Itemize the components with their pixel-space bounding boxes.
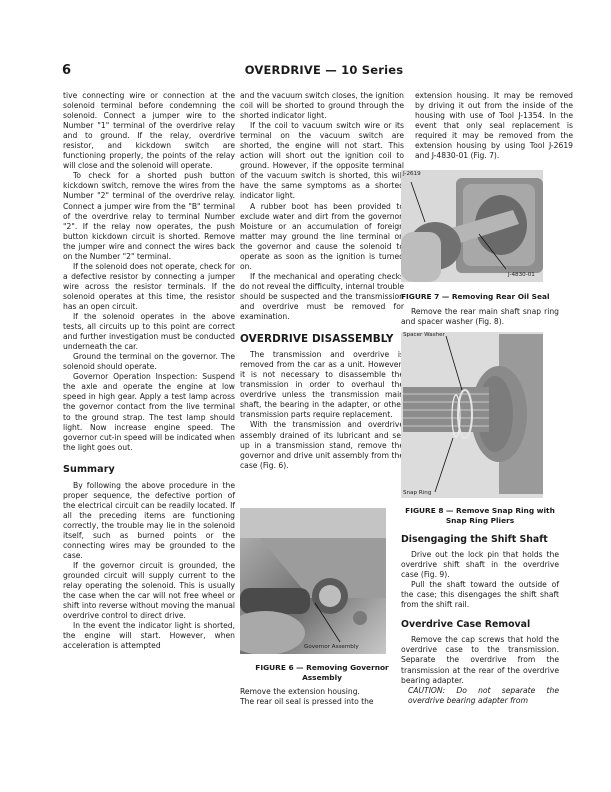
caution-note: CAUTION: Do not separate the overdrive b… (408, 686, 559, 706)
paragraph: Remove the cap screws that hold the over… (401, 635, 559, 685)
paragraph: In the event the indicator light is shor… (63, 621, 235, 651)
seal-removal-illustration (401, 170, 543, 282)
figure-6-photo: Governor Assembly (240, 508, 386, 654)
governor-photo-illustration (240, 508, 386, 654)
figure-7-label-tool: J-2619 (403, 171, 421, 177)
section-heading-summary: Summary (63, 465, 235, 475)
paragraph: If the coil to vacuum switch wire or its… (240, 121, 404, 201)
figure-7-caption-block: FIGURE 7 — Removing Rear Oil Seal Remove… (401, 286, 559, 327)
column-3: extension housing. It may be removed by … (415, 91, 573, 161)
paragraph: extension housing. It may be removed by … (415, 91, 573, 161)
figure-6-caption-block: FIGURE 6 — Removing Governor Assembly Re… (240, 657, 404, 707)
page-number: 6 (62, 63, 71, 78)
figure-8-label-washer: Spacer Washer (403, 332, 445, 338)
paragraph: If the governor circuit is grounded, the… (63, 561, 235, 621)
paragraph: If the solenoid does not operate, check … (63, 262, 235, 312)
paragraph: By following the above procedure in the … (63, 481, 235, 561)
paragraph: tive connecting wire or connection at th… (63, 91, 235, 171)
column-2: and the vacuum switch closes, the igniti… (240, 91, 404, 471)
paragraph: Governor Operation Inspection: Suspend t… (63, 372, 235, 452)
paragraph: The rear oil seal is pressed into the (240, 697, 404, 707)
paragraph: Ground the terminal on the governor. The… (63, 352, 235, 372)
figure-8-caption: FIGURE 8 — Remove Snap Ring with Snap Ri… (401, 506, 559, 525)
paragraph: If the mechanical and operating checks d… (240, 272, 404, 322)
section-heading-case-removal: Overdrive Case Removal (401, 620, 559, 630)
paragraph: If the solenoid operates in the above te… (63, 312, 235, 352)
figure-7-label-installer: J-4830-01 (508, 272, 535, 278)
paragraph: Drive out the lock pin that holds the ov… (401, 550, 559, 580)
paragraph: To check for a shorted push button kickd… (63, 171, 235, 261)
column-1: tive connecting wire or connection at th… (63, 91, 235, 652)
paragraph: With the transmission and overdrive asse… (240, 420, 404, 470)
paragraph: The transmission and overdrive is remove… (240, 350, 404, 420)
paragraph: Pull the shaft toward the outside of the… (401, 580, 559, 610)
figure-6-caption: FIGURE 6 — Removing Governor Assembly (240, 663, 404, 682)
paragraph: and the vacuum switch closes, the igniti… (240, 91, 404, 121)
paragraph: A rubber boot has been provided to exclu… (240, 202, 404, 272)
running-title: OVERDRIVE — 10 Series (238, 63, 410, 77)
figure-8-label-ring: Snap Ring (403, 490, 431, 496)
paragraph: Remove the extension housing. (240, 687, 404, 697)
figure-7-photo: J-2619 J-4830-01 (401, 170, 543, 282)
snap-ring-illustration (401, 332, 543, 498)
section-heading-shift-shaft: Disengaging the Shift Shaft (401, 535, 559, 545)
figure-7-caption: FIGURE 7 — Removing Rear Oil Seal (401, 292, 559, 302)
column-3-lower: FIGURE 8 — Remove Snap Ring with Snap Ri… (401, 500, 559, 706)
paragraph: Remove the rear main shaft snap ring and… (401, 307, 559, 327)
figure-8-photo: Spacer Washer Snap Ring (401, 332, 543, 498)
section-heading-disassembly: OVERDRIVE DISASSEMBLY (240, 334, 404, 344)
figure-6-label: Governor Assembly (304, 644, 359, 650)
